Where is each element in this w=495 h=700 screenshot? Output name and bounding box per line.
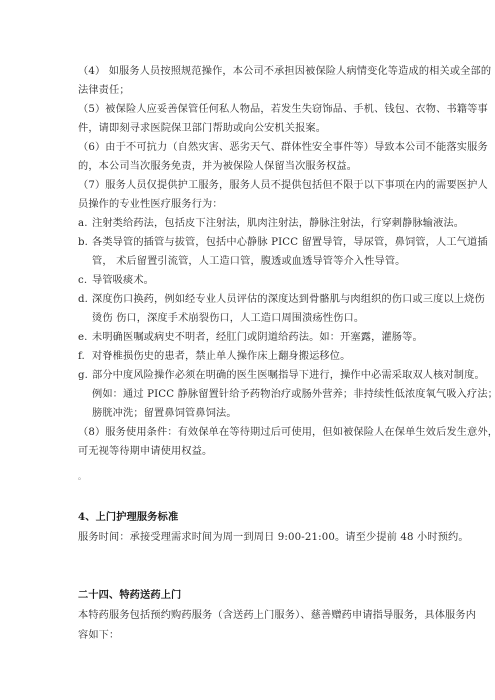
section-4-service-time: 服务时间：承接受理需求时间为周一到周日 9:00-21:00。请至少提前 48 … bbox=[78, 532, 469, 544]
clause-4-line-2: 法律责任； bbox=[78, 85, 130, 97]
clause-5-line-2: 件，请即刻寻求医院保卫部门帮助或向公安机关报案。 bbox=[78, 123, 326, 135]
item-g-marker: g. bbox=[78, 370, 88, 382]
item-g-text-line-3: 膀胱冲洗；留置鼻饲管鼻饲法。 bbox=[92, 408, 237, 420]
clause-6-line-1: （6）由于不可抗力（自然灾害、恶劣天气、群体性安全事件等）导致本公司不能落实服务 bbox=[78, 142, 488, 154]
clause-7-line-2: 员操作的专业性医疗服务行为： bbox=[78, 199, 223, 211]
section-24-intro-line-2: 容如下： bbox=[78, 630, 119, 642]
clause-8-line-1: （8）服务使用条件：有效保单在等待期过后可使用，但如被保险人在保单生效后发生意外… bbox=[78, 427, 495, 439]
item-b-marker: b. bbox=[78, 237, 88, 249]
item-g-text-line-1: 部分中度风险操作必须在明确的医生医嘱指导下进行，操作中必需采取双人核对制度。 bbox=[92, 370, 485, 382]
item-a-text: 注射类给药法，包括皮下注射法，肌肉注射法，静脉注射法，行穿刺静脉输液法。 bbox=[92, 218, 464, 230]
item-g-text-line-2: 例如：通过 PICC 静脉留置针给予药物治疗或肠外营养；非持续性低浓度氧气吸入疗… bbox=[92, 389, 495, 401]
item-c-marker: c. bbox=[78, 275, 87, 287]
item-d-text-line-2: 烫伤 伤口，深度手术崩裂伤口，人工造口周围溃疡性伤口。 bbox=[92, 313, 364, 325]
clause-7-line-1: （7）服务人员仅提供护工服务，服务人员不提供包括但不限于以下事项在内的需要医护人 bbox=[78, 180, 488, 192]
stray-mark: 。 bbox=[78, 471, 86, 483]
item-f-text: 对脊椎损伤史的患者，禁止单人操作床上翻身搬运移位。 bbox=[92, 351, 350, 363]
item-f-marker: f. bbox=[78, 351, 85, 363]
clause-8-line-2: 可无视等待期申请使用权益。 bbox=[78, 446, 212, 458]
item-b-text-line-1: 各类导管的插管与拔管，包括中心静脉 PICC 留置导管，导尿管，鼻饲管，人工气道… bbox=[92, 237, 488, 249]
clause-5-line-1: （5）被保险人应妥善保管任何私人物品，若发生失窃饰品、手机、钱包、衣物、书籍等事 bbox=[78, 104, 488, 116]
clause-6-line-2: 的，本公司当次服务免责，并为被保险人保留当次服务权益。 bbox=[78, 161, 357, 173]
item-d-marker: d. bbox=[78, 294, 88, 306]
section-4-heading: 4、上门护理服务标准 bbox=[78, 511, 178, 523]
section-24-heading: 二十四、特药送药上门 bbox=[78, 589, 181, 601]
item-c-text: 导管吸痰术。 bbox=[92, 275, 154, 287]
section-24-intro-line-1: 本特药服务包括预约购药服务（含送药上门服务）、慈善赠药申请指导服务，具体服务内 bbox=[78, 610, 476, 622]
item-a-marker: a. bbox=[78, 218, 88, 230]
document-page: （4） 如服务人员按照规范操作，本公司不承担因被保险人病情变化等造成的相关或全部… bbox=[0, 0, 495, 700]
item-e-marker: e. bbox=[78, 332, 88, 344]
item-d-text-line-1: 深度伤口换药，例如经专业人员评估的深度达到骨骼肌与肉组织的伤口或三度以上烧伤 bbox=[92, 294, 485, 306]
item-e-text: 未明确医嘱或病史不明者，经肛门或阴道给药法。如：开塞露，灌肠等。 bbox=[92, 332, 423, 344]
clause-4-line-1: （4） 如服务人员按照规范操作，本公司不承担因被保险人病情变化等造成的相关或全部… bbox=[78, 66, 491, 78]
item-b-text-line-2: 管， 术后留置引流管，人工造口管，腹透或血透导管等介入性导管。 bbox=[92, 256, 406, 268]
